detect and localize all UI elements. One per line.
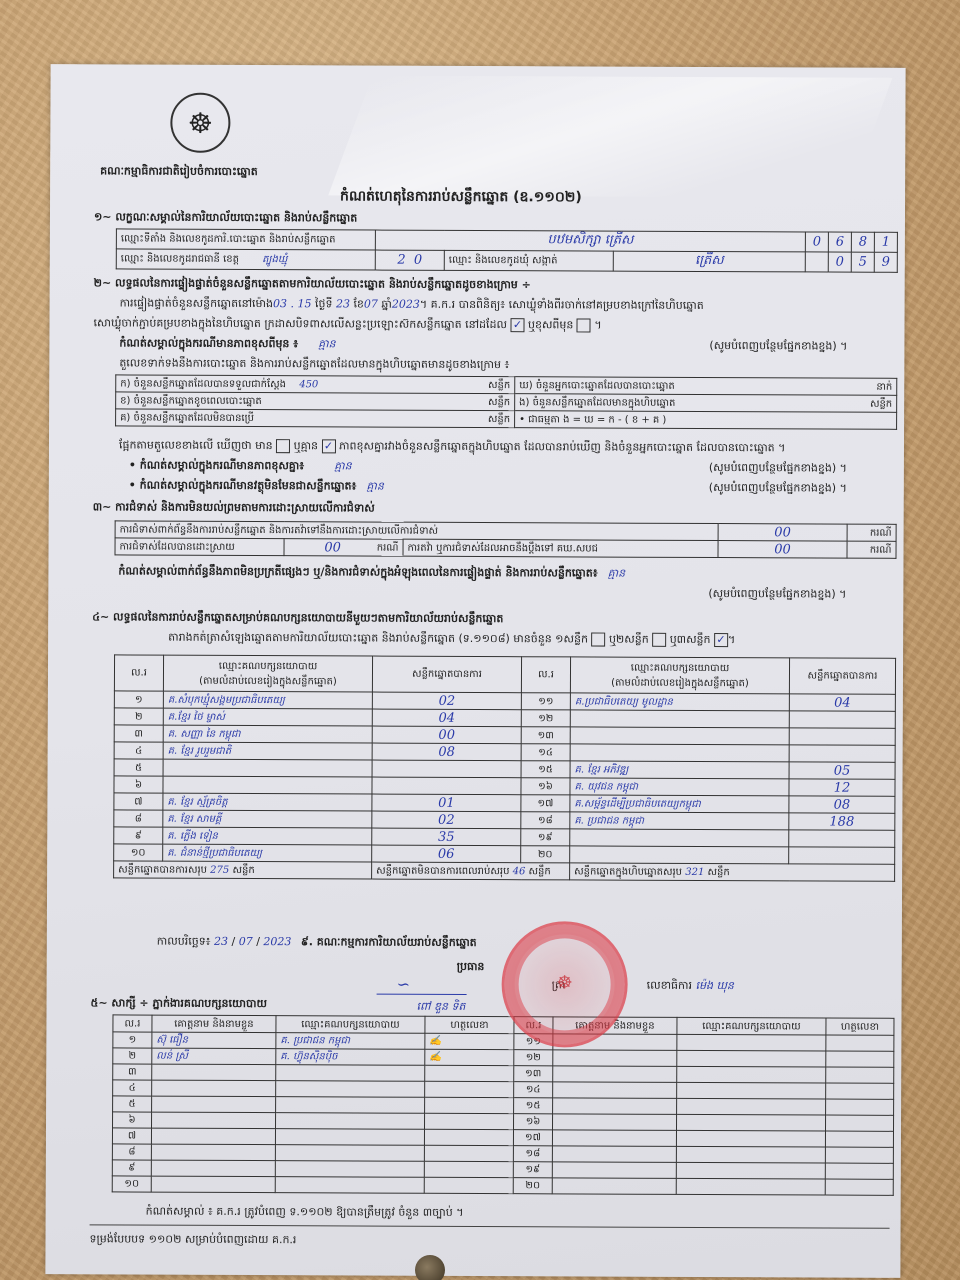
date-month[interactable]: 07 (239, 935, 253, 948)
row-number: ១៧ (513, 1130, 552, 1146)
unused-label: គ) ចំនួនសន្លឹកឆ្នោតដែលមិនបានប្រើ (120, 412, 254, 424)
unit: សន្លឹក (488, 378, 510, 393)
party-name[interactable]: គ. ខ្មែរ រួបរួមជាតិ (163, 742, 372, 760)
party-name[interactable] (163, 776, 372, 794)
witness-signature[interactable] (825, 1131, 893, 1147)
row-number: ១ (113, 1032, 152, 1048)
col-party: ឈ្មោះគណបក្សនយោបាយ (276, 1016, 425, 1034)
committee-name: គណៈកម្មាធិការជាតិរៀបចំការបោះឆ្នោត (100, 164, 258, 179)
col-no: ល.រ (521, 657, 570, 693)
party-name[interactable]: គ.សំបុកឃ្មុំសង្គមប្រជាធិបតេយ្យ (163, 691, 372, 709)
formula-cell: • ជាធម្មតា ង = ឃ = ក - ( ខ + គ ) (515, 411, 897, 430)
row-number: ១៦ (513, 1114, 552, 1130)
witness-name[interactable] (552, 1146, 676, 1163)
row-number: ២០ (521, 846, 570, 863)
witness-party[interactable] (276, 1113, 425, 1130)
witness-party[interactable] (676, 1114, 825, 1131)
unit: នាក់ (876, 379, 892, 394)
party-votes[interactable] (789, 728, 895, 745)
witness-party[interactable] (676, 1130, 825, 1147)
committee-label: ៩. គណៈកម្មការការិយាល័យរាប់សន្លឹកឆ្នោត (301, 935, 477, 949)
note-diff-value[interactable]: គ្មាន (318, 337, 336, 350)
same-checkbox[interactable]: ✓ (510, 318, 524, 332)
row-number: ៥ (114, 759, 163, 776)
two-sheets-checkbox[interactable] (652, 633, 666, 647)
verify-line1: ការផ្ទៀងផ្ទាត់ចំនួនសន្លឹកឆ្នោតនៅម៉ោង03 .… (120, 296, 704, 313)
fill-hint: (សូមបំពេញបន្ថែមផ្នែកខាងខ្នង) ។ (709, 481, 847, 496)
resolved-label: ការជំទាស់ដែលបានដោះស្រាយ (115, 538, 284, 556)
election-form-sheet: ☸ គណៈកម្មាធិការជាតិរៀបចំការបោះឆ្នោត កំណត… (45, 64, 905, 1278)
one-sheet-checkbox[interactable] (591, 633, 605, 647)
witness-name[interactable] (553, 1098, 677, 1115)
irregularity-note: កំណត់សម្គាល់ពាក់ព័ន្ធនឹងភាពមិនប្រក្រតីផ្… (118, 564, 625, 580)
total-valid-label: សន្លឹកឆ្នោតបានការសរុប (118, 864, 207, 875)
verify-month[interactable]: 07 (364, 298, 378, 311)
witness-name[interactable]: ស៊ុ ធឿន (152, 1032, 276, 1049)
verify-line2: សោឃ្លុំចាក់ភ្ជាប់គម្របខាងក្នុងនៃហិបឆ្នោត… (93, 316, 601, 332)
row-number: ២ (114, 708, 163, 725)
row-number: ១៨ (513, 1146, 552, 1162)
chair-signature[interactable]: ∽ (397, 978, 410, 992)
witness-party[interactable] (275, 1129, 424, 1146)
row-number: ១៣ (521, 727, 570, 744)
party-name[interactable] (570, 710, 789, 728)
row-number: ១ (114, 691, 163, 708)
total-box-cell: សន្លឹកឆ្នោតក្នុងហិបឆ្នោតសរុប 321 សន្លឹក (570, 863, 895, 881)
party-name[interactable]: គ.ខ្មែរ ថៃ ម្ចាស់ (163, 708, 372, 726)
province-value[interactable]: ត្បូងឃ្មុំ (262, 254, 287, 265)
witness-party[interactable] (677, 1050, 826, 1067)
witness-signature[interactable] (825, 1163, 893, 1179)
location-code-digit[interactable]: 6 (828, 232, 851, 252)
unit: ករណី (847, 541, 896, 558)
year-label: ឆ្នាំ (381, 298, 392, 311)
received-cell: ក) ចំនួនសន្លឹកឆ្នោតដែលបានទទួលជាក់ស្តែង 4… (116, 375, 515, 394)
date-line: កាលបរិច្ឆេទ៖ 23 / 07 / 2023 ៩. គណៈកម្មកា… (157, 935, 477, 950)
witness-name[interactable] (152, 1080, 276, 1097)
verify-year[interactable]: 2023 (392, 298, 420, 311)
official-red-seal-icon: ☸ (501, 921, 628, 1048)
witness-name[interactable] (152, 1064, 276, 1081)
col-party-sub: (តាមលំដាប់លេខរៀងក្នុងសន្លឹកឆ្នោត) (575, 675, 785, 691)
col-no: ល.រ (114, 655, 163, 691)
row-number: ៩ (114, 827, 163, 844)
witness-name[interactable] (553, 1066, 677, 1083)
voters-label: ឃ) ចំនួនអ្នកបោះឆ្នោតដែលបានបោះឆ្នោត (519, 380, 675, 392)
row-number: ១៨ (521, 812, 570, 829)
appeal-value[interactable]: 00 (718, 541, 847, 559)
witness-party[interactable] (275, 1145, 424, 1162)
chair-label: ប្រធាន (457, 960, 485, 974)
total-invalid-label: សន្លឹកឆ្នោតមិនបានការពេលរាប់សរុប (376, 865, 509, 877)
note-mismatch: • កំណត់សម្គាល់ក្នុងករណីមានភាពខុសគ្នា៖គ្ម… (129, 458, 352, 473)
party-name[interactable] (570, 829, 789, 847)
total-valid-cell: សន្លឹកឆ្នោតបានការសរុប 275 សន្លឹក (114, 861, 372, 879)
chair-signature-line (377, 994, 467, 995)
witness-signature[interactable] (425, 1065, 514, 1081)
discrepancy-line: ផ្អែកតាមតួលេខខាងលើ ឃើញថា មាន ឬគ្មាន ✓ ភា… (119, 438, 785, 455)
party-votes[interactable]: 08 (372, 743, 521, 761)
party-name[interactable] (570, 727, 789, 745)
discrepancy-text-b: ភាពខុសគ្នារវាងចំនួនសន្លឹកឆ្នោតក្នុងហិបឆ្… (339, 439, 785, 454)
row-number: ១៤ (521, 744, 570, 761)
col-sign: ហត្ថលេខា (425, 1016, 514, 1033)
location-value[interactable]: បឋមសិក្សា ត្រើស (375, 230, 805, 252)
witness-signature[interactable] (424, 1177, 513, 1193)
witness-name[interactable] (552, 1114, 676, 1131)
row-number: ១៩ (521, 829, 570, 846)
unit: សន្លឹក (870, 396, 892, 411)
witness-party[interactable] (276, 1097, 425, 1114)
row-number: ៥ (113, 1096, 152, 1112)
note-mismatch-label: • កំណត់សម្គាល់ក្នុងករណីមានភាពខុសគ្នា៖ (129, 458, 304, 472)
party-votes[interactable]: 06 (372, 845, 521, 863)
col-votes: សន្លឹកឆ្នោតបានការ (372, 656, 521, 693)
row-number: ១៣ (514, 1066, 553, 1082)
irregularity-value[interactable]: គ្មាន (608, 567, 626, 580)
row-number: ១៦ (521, 778, 570, 795)
party-name[interactable]: គ. សញ្ញា នៃ កម្ពុជា (163, 725, 372, 743)
row-number: ៨ (112, 1144, 151, 1160)
province-code-digit: 0 (414, 253, 422, 268)
row-number: ១៧ (521, 795, 570, 812)
in-box-label: ង) ចំនួនសន្លឹកឆ្នោតដែលមានក្នុងហិបឆ្នោត (519, 397, 675, 409)
col-party: ឈ្មោះគណបក្សនយោបាយ(តាមលំដាប់លេខរៀងក្នុងសន… (570, 657, 789, 694)
party-name[interactable]: គ. ប្រជាជន កម្ពុជា (570, 812, 789, 830)
unit: សន្លឹក (488, 395, 510, 410)
row-number: ៩ (112, 1160, 151, 1176)
secretary-line: លេខាធិការ ម៉េង ឃុន (647, 979, 734, 993)
note-diff-label: កំណត់សម្គាល់ក្នុងករណីមានភាពខុសពីមុន ៖ (119, 336, 298, 350)
party-votes[interactable]: 04 (789, 694, 895, 711)
discrepancy-text: ផ្អែកតាមតួលេខខាងលើ ឃើញថា មាន (119, 438, 273, 452)
witness-name[interactable] (553, 1050, 677, 1067)
row-number: ១៥ (521, 761, 570, 778)
col-party-title: ឈ្មោះគណបក្សនយោបាយ (575, 660, 785, 676)
row-number: ១៩ (513, 1162, 552, 1178)
unit: ករណី (377, 540, 399, 555)
spoiled-cell: ខ) ចំនួនសន្លឹកឆ្នោតខូចពេលបោះឆ្នោតសន្លឹក (116, 392, 515, 411)
row-number: ២០ (513, 1178, 552, 1194)
pushpin-icon (415, 1255, 445, 1280)
has-discrepancy-checkbox[interactable] (276, 439, 290, 453)
row-number: ៦ (113, 1112, 152, 1128)
party-votes[interactable] (789, 847, 895, 864)
witness-signature[interactable] (826, 1035, 894, 1051)
col-party: ឈ្មោះគណបក្សនយោបាយ (677, 1017, 826, 1035)
location-code-digit[interactable]: 8 (851, 232, 874, 252)
witness-signature[interactable] (826, 1083, 894, 1099)
commune-code-digit[interactable]: 0 (828, 252, 851, 272)
col-no: ល.រ (113, 1015, 152, 1032)
objections-table: ការជំទាស់ពាក់ព័ន្ធនឹងការរាប់សន្លឹកឆ្នោត … (115, 520, 897, 558)
row-number: ១០ (114, 844, 163, 861)
witness-signature[interactable] (425, 1097, 514, 1113)
ballot-numbers-table: ក) ចំនួនសន្លឹកឆ្នោតដែលបានទទួលជាក់ស្តែង 4… (115, 374, 897, 429)
party-results-table: ល.រ ឈ្មោះគណបក្សនយោបាយ(តាមលំដាប់លេខរៀងក្ន… (113, 654, 896, 881)
fill-hint: (សូមបំពេញបន្ថែមផ្នែកខាងខ្នង) ។ (708, 587, 846, 602)
party-name[interactable]: គ. ភ្លើង ទៀន (163, 827, 372, 845)
tally-intro: តារាងកត់ត្រាសំឡេងឆ្នោតតាមការិយាល័យបោះឆ្ន… (168, 631, 588, 646)
secretary-label: លេខាធិការ (647, 979, 692, 992)
witness-name[interactable] (152, 1096, 276, 1113)
row-number: ៧ (114, 793, 163, 810)
province-label: ឈ្មោះ និងលេខកូដរាជធានី ខេត្ត ត្បូងឃ្មុំ (116, 249, 375, 270)
table-row: ១០២០ (112, 1176, 893, 1195)
two-sheets-label: ឬ២សន្លឹក (609, 633, 649, 646)
total-invalid-cell: សន្លឹកឆ្នោតមិនបានការពេលរាប់សរុប 46 សន្លឹ… (372, 862, 570, 880)
party-votes[interactable] (372, 777, 521, 795)
row-number: ២ (113, 1048, 152, 1064)
party-votes[interactable] (372, 760, 521, 778)
no-discrepancy-checkbox[interactable]: ✓ (322, 439, 336, 453)
row-number: ៨ (114, 810, 163, 827)
month-label: ខែ (353, 297, 364, 310)
row-number: ១១ (521, 693, 570, 710)
total-valid-value[interactable]: 275 (210, 864, 229, 875)
location-label: ឈ្មោះទីតាំង និងលេខកូដការិ.បោះឆ្នោត និងរា… (116, 229, 375, 250)
col-name: គោត្តនាម និងនាមខ្លួន (152, 1015, 276, 1033)
row-number: ១២ (521, 710, 570, 727)
unit: ករណី (847, 524, 896, 541)
chair-name: ពៅ ឌួន ទិត (417, 1000, 466, 1014)
col-votes: សន្លឹកឆ្នោតបានការ (789, 658, 895, 694)
witness-party[interactable] (276, 1081, 425, 1098)
form-title: កំណត់ហេតុនៃការរាប់សន្លឹកឆ្នោត (ឧ.១១០២) (340, 189, 582, 204)
witness-signature[interactable]: ✍ (425, 1049, 514, 1065)
spoiled-label: ខ) ចំនួនសន្លឹកឆ្នោតខូចពេលបោះឆ្នោត (120, 395, 262, 407)
section4-heading: ៤~ លទ្ធផលនៃការរាប់សន្លឹកឆ្នោតសម្រាប់គណបក… (92, 610, 503, 626)
witness-party[interactable] (677, 1082, 826, 1099)
commune-code-digit[interactable]: 9 (874, 252, 897, 272)
in-box-cell: ង) ចំនួនសន្លឹកឆ្នោតដែលមានក្នុងហិបឆ្នោតសន… (515, 394, 897, 413)
note-foreign-label: • កំណត់សម្គាល់ក្នុងករណីមានវត្ថុមិនមែនជាស… (129, 478, 357, 492)
party-votes[interactable] (789, 830, 895, 847)
witness-party[interactable] (676, 1178, 825, 1195)
irregularity-label: កំណត់សម្គាល់ពាក់ព័ន្ធនឹងភាពមិនប្រក្រតីផ្… (118, 564, 597, 579)
date-label: កាលបរិច្ឆេទ៖ (157, 935, 211, 948)
received-value[interactable]: 450 (299, 379, 318, 390)
day-label: ថ្ងៃទី (315, 297, 333, 310)
footnote: កំណត់សម្គាល់ ៖ គ.ក.រ ត្រូវបំពេញ ទ.១១០២ ឱ… (146, 1205, 464, 1220)
verify-text: ការផ្ទៀងផ្ទាត់ចំនួនសន្លឹកឆ្នោតនៅម៉ោង (120, 296, 273, 310)
numbers-intro: តួលេខទាក់ទងនឹងការបោះឆ្នោត និងការរាប់សន្ល… (119, 356, 509, 372)
form-note: ទម្រង់បែបបទ ១១០២ សម្រាប់បំពេញដោយ គ.ក.រ (89, 1232, 296, 1247)
resolved-count: 00 (324, 540, 341, 555)
party-name[interactable] (570, 846, 789, 864)
witness-signature[interactable] (424, 1113, 513, 1129)
note-mismatch-value[interactable]: គ្មាន (334, 459, 352, 472)
witness-party[interactable] (677, 1034, 826, 1051)
ballot-row: គ) ចំនួនសន្លឹកឆ្នោតដែលមិនបានប្រើសន្លឹក •… (116, 409, 897, 429)
party-name[interactable]: គ. យុវជន កម្ពុជា (570, 778, 789, 796)
location-code-digit[interactable]: 1 (874, 232, 897, 252)
fill-hint: (សូមបំពេញបន្ថែមផ្នែកខាងខ្នង) ។ (709, 461, 847, 476)
witness-name[interactable] (552, 1178, 676, 1195)
commune-value[interactable]: ត្រើស (613, 251, 805, 272)
verify-line2-text: សោឃ្លុំចាក់ភ្ជាប់គម្របខាងក្នុងនៃហិបឆ្នោត… (93, 316, 507, 331)
province-code[interactable]: 2 0 (375, 250, 444, 270)
appeal-label: ការតវ៉ា ឬការជំទាស់ដែលអាចនឹងប្តឹងទៅ គឃ.សប… (403, 539, 718, 557)
witness-signature[interactable] (425, 1081, 514, 1097)
witness-name[interactable] (152, 1112, 276, 1129)
changed-label: ឬខុសពីមុន (528, 318, 573, 331)
row-number: ៤ (113, 1080, 152, 1096)
changed-checkbox[interactable] (577, 318, 591, 332)
fill-hint: (សូមបំពេញបន្ថែមផ្នែកខាងខ្នង) ។ (709, 339, 847, 354)
witness-name[interactable] (552, 1162, 676, 1179)
party-name[interactable]: គ.សម្ព័ន្ធដើម្បីប្រជាធិបតេយ្យកម្ពុជា (570, 795, 789, 813)
witness-signature[interactable] (424, 1161, 513, 1177)
date-year[interactable]: 2023 (263, 935, 291, 948)
verify-day[interactable]: 23 (336, 297, 350, 310)
witness-signature[interactable] (424, 1129, 513, 1145)
row-number: ១៥ (514, 1098, 553, 1114)
witness-party[interactable] (676, 1146, 825, 1163)
witness-name[interactable] (151, 1144, 275, 1161)
footer-divider (90, 1224, 890, 1228)
unit: សន្លឹក (488, 412, 510, 427)
party-name[interactable]: គ. ខ្មែរ សាមគ្គី (163, 810, 372, 828)
party-votes[interactable]: 04 (372, 709, 521, 727)
row-number: ៧ (112, 1128, 151, 1144)
party-votes[interactable]: 08 (789, 796, 895, 813)
witness-table: ល.រ គោត្តនាម និងនាមខ្លួន ឈ្មោះគណបក្សនយោប… (112, 1014, 895, 1195)
witness-signature[interactable] (826, 1051, 894, 1067)
section1-table: ឈ្មោះទីតាំង និងលេខកូដការិ.បោះឆ្នោត និងរា… (116, 228, 898, 272)
party-votes[interactable] (789, 745, 895, 762)
section5-heading: ៥~ សាក្សី ÷ ភ្នាក់ងារគណបក្សនយោបាយ (91, 996, 267, 1011)
party-name[interactable] (163, 759, 372, 777)
witness-signature[interactable] (825, 1115, 893, 1131)
witness-party[interactable] (275, 1161, 424, 1178)
witness-party[interactable] (275, 1177, 424, 1194)
unused-cell: គ) ចំនួនសន្លឹកឆ្នោតដែលមិនបានប្រើសន្លឹក (116, 409, 515, 428)
discrepancy-or: ឬគ្មាន (294, 439, 319, 452)
witness-party[interactable]: គ. ប្រជាជន កម្ពុជា (276, 1033, 425, 1050)
row-number: ៤ (114, 742, 163, 759)
party-name[interactable]: គ.ប្រជាធិបតេយ្យ មូលដ្ឋាន (570, 693, 789, 711)
section1-heading: ១~ លក្ខណៈសម្គាល់នៃការិយាល័យបោះឆ្នោត និងរ… (94, 210, 357, 225)
party-votes[interactable]: 00 (372, 726, 521, 744)
total-box-label: សន្លឹកឆ្នោតក្នុងហិបឆ្នោតសរុប (574, 866, 682, 877)
col-party-title: ឈ្មោះគណបក្សនយោបាយ (168, 658, 368, 674)
resolved-value[interactable]: 00ករណី (284, 539, 403, 557)
party-votes[interactable]: 12 (789, 779, 895, 796)
row-number: ៦ (114, 776, 163, 793)
note-diff: កំណត់សម្គាល់ក្នុងករណីមានភាពខុសពីមុន ៖គ្ម… (119, 336, 335, 351)
row-number: ៣ (113, 1064, 152, 1080)
witness-signature[interactable]: ✍ (425, 1033, 514, 1049)
secretary-name[interactable]: ម៉េង ឃុន (695, 979, 733, 992)
witness-party[interactable] (677, 1098, 826, 1115)
party-name[interactable]: គ. ខ្មែរ អភិវឌ្ឍ (570, 761, 789, 779)
commune-code-digit[interactable]: 5 (851, 252, 874, 272)
witness-name[interactable] (151, 1128, 275, 1145)
unit: សន្លឹក (707, 867, 729, 878)
row-number: ១២ (514, 1050, 553, 1066)
party-votes[interactable]: 35 (372, 828, 521, 846)
voters-cell: ឃ) ចំនួនអ្នកបោះឆ្នោតដែលបានបោះឆ្នោតនាក់ (515, 377, 897, 396)
witness-name[interactable] (151, 1160, 275, 1177)
witness-party[interactable]: គ. ហ៊្វុនស៊ិនប៉ិច (276, 1049, 425, 1066)
row-number: ១០ (112, 1176, 151, 1192)
commune-label: ឈ្មោះ និងលេខកូដឃុំ សង្កាត់ (444, 250, 613, 271)
party-name[interactable]: គ. ខ្មែរ ស្ម័គ្រចិត្ត (163, 793, 372, 811)
col-sign: ហត្ថលេខា (826, 1018, 894, 1035)
total-box-value[interactable]: 321 (685, 866, 704, 877)
col-party-sub: (តាមលំដាប់លេខរៀងក្នុងសន្លឹកឆ្នោត) (168, 673, 368, 689)
verify-text-b: ។ គ.ក.រ បានពិនិត្យ៖ សោឃ្លុំទាំងពីរចាក់នៅ… (420, 298, 704, 312)
witness-party[interactable] (276, 1065, 425, 1082)
party-votes[interactable]: 02 (372, 811, 521, 829)
unit: សន្លឹក (232, 864, 254, 875)
witness-signature[interactable] (424, 1145, 513, 1161)
received-label: ក) ចំនួនសន្លឹកឆ្នោតដែលបានទទួលជាក់ស្តែង (120, 378, 286, 390)
note-foreign: • កំណត់សម្គាល់ក្នុងករណីមានវត្ថុមិនមែនជាស… (129, 478, 384, 493)
total-invalid-value[interactable]: 46 (513, 866, 526, 877)
witness-signature[interactable] (826, 1099, 894, 1115)
party-votes[interactable]: 02 (372, 692, 521, 710)
location-code-digit[interactable]: 0 (805, 232, 828, 252)
witness-party[interactable] (677, 1066, 826, 1083)
col-party: ឈ្មោះគណបក្សនយោបាយ(តាមលំដាប់លេខរៀងក្នុងសន… (163, 655, 372, 692)
empty-cell (805, 252, 828, 272)
note-foreign-value[interactable]: គ្មាន (366, 480, 384, 493)
witness-name[interactable]: លន់ ស្រី (152, 1048, 276, 1065)
province-code-digit: 2 (397, 253, 405, 268)
witness-name[interactable] (552, 1130, 676, 1147)
party-votes[interactable]: 188 (789, 813, 895, 830)
witness-name[interactable] (553, 1082, 677, 1099)
party-name[interactable] (570, 744, 789, 762)
party-votes[interactable]: 05 (789, 762, 895, 779)
three-sheets-checkbox[interactable]: ✓ (714, 633, 728, 647)
row-number: ៣ (114, 725, 163, 742)
unit: សន្លឹក (529, 866, 551, 877)
witness-signature[interactable] (825, 1147, 893, 1163)
three-sheets-label: ឬ៣សន្លឹក (670, 633, 711, 646)
plastic-glare (328, 76, 892, 198)
witness-signature[interactable] (826, 1067, 894, 1083)
objections-value[interactable]: 00 (718, 524, 847, 542)
row-number: ១៤ (514, 1082, 553, 1098)
witness-party[interactable] (676, 1162, 825, 1179)
tally-sheets-line: តារាងកត់ត្រាសំឡេងឆ្នោតតាមការិយាល័យបោះឆ្ន… (168, 631, 735, 647)
verify-time[interactable]: 03 . 15 (273, 297, 312, 310)
section3-heading: ៣~ ការជំទាស់ និងការមិនយល់ព្រមតាមការដោះស្… (93, 500, 375, 515)
party-votes[interactable]: 01 (372, 794, 521, 812)
section2-heading: ២~ លទ្ធផលនៃការផ្ទៀងផ្ទាត់ចំនួនសន្លឹកឆ្នោ… (94, 276, 531, 292)
witness-signature[interactable] (825, 1179, 893, 1195)
party-votes[interactable] (789, 711, 895, 728)
party-name[interactable]: គ. ជំនាន់ថ្មីប្រជាធិបតេយ្យ (163, 844, 372, 862)
election-committee-emblem-icon: ☸ (170, 93, 230, 153)
date-day[interactable]: 23 (214, 935, 228, 948)
province-label-text: ឈ្មោះ និងលេខកូដរាជធានី ខេត្ត (121, 253, 239, 265)
witness-name[interactable] (151, 1176, 275, 1193)
